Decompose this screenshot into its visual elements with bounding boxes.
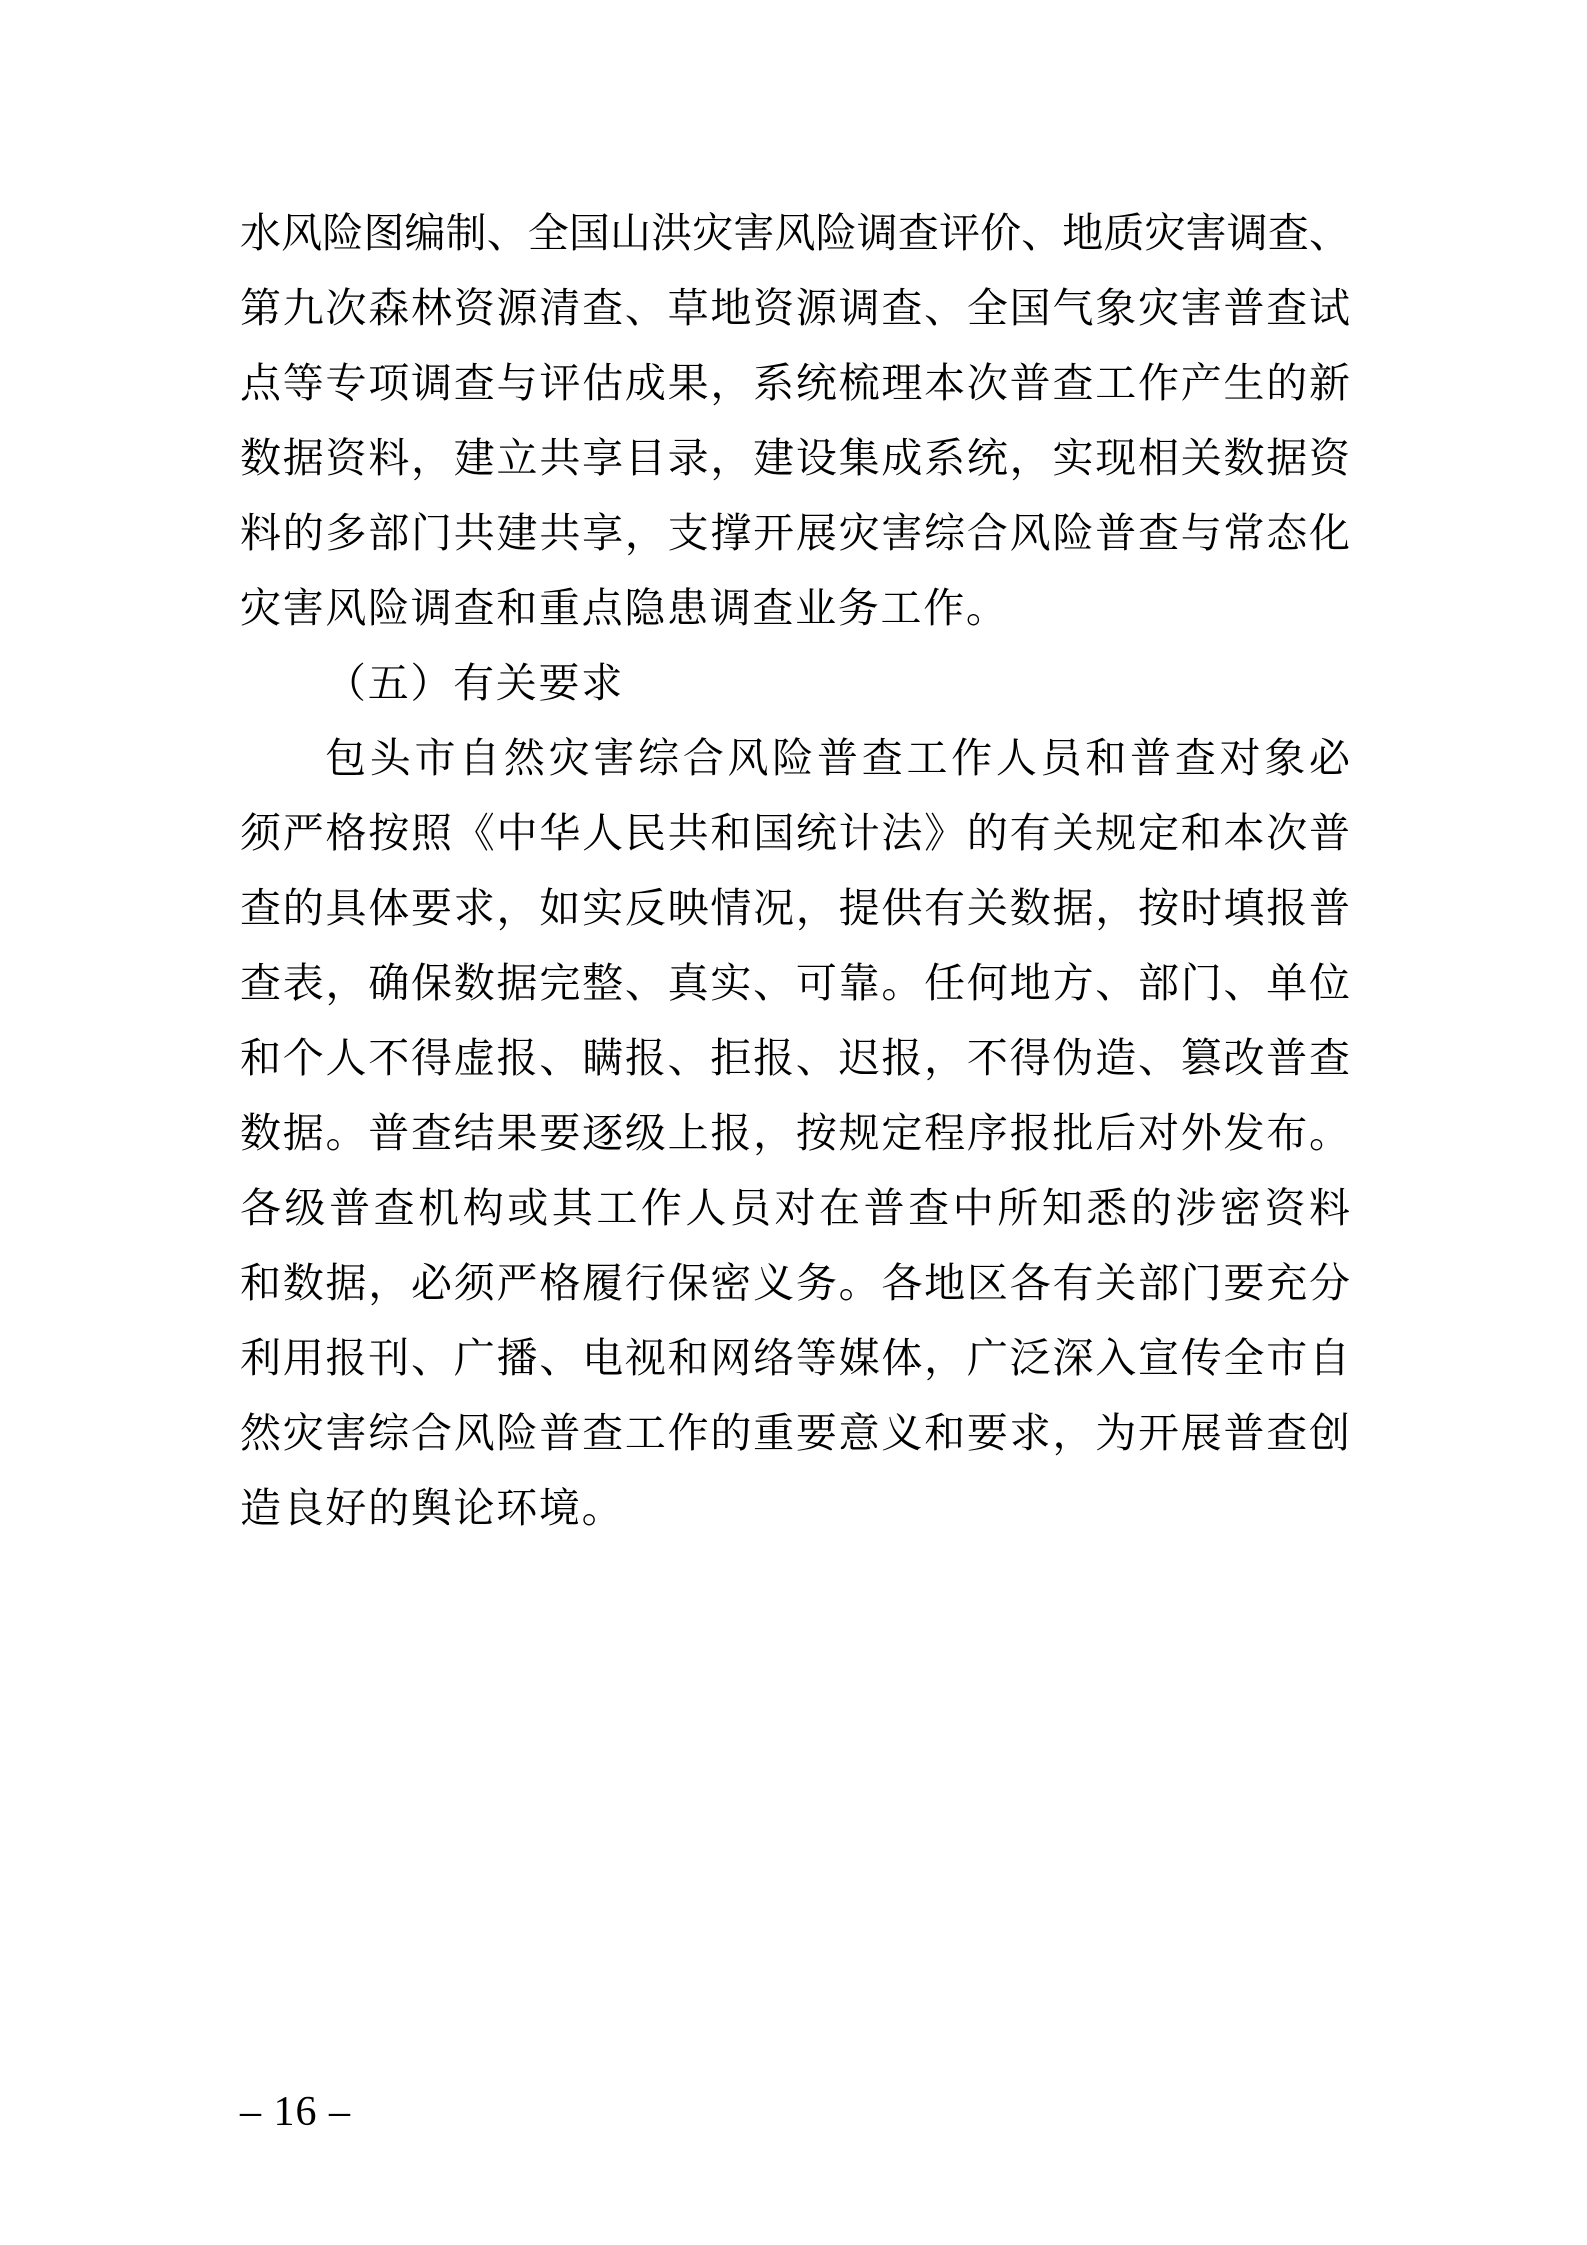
body-line: 包头市自然灾害综合风险普查工作人员和普查对象必: [240, 721, 1350, 796]
body-line: 料的多部门共建共享，支撑开展灾害综合风险普查与常态化: [240, 496, 1350, 571]
body-line: 造良好的舆论环境。: [240, 1471, 1350, 1546]
body-line: 和数据，必须严格履行保密义务。各地区各有关部门要充分: [240, 1246, 1350, 1321]
body-line: 然灾害综合风险普查工作的重要意义和要求，为开展普查创: [240, 1396, 1350, 1471]
body-line: 和个人不得虚报、瞒报、拒报、迟报，不得伪造、篡改普查: [240, 1021, 1350, 1096]
body-line: 查的具体要求，如实反映情况，提供有关数据，按时填报普: [240, 871, 1350, 946]
body-line: 数据。普查结果要逐级上报，按规定程序报批后对外发布。: [240, 1096, 1350, 1171]
body-line: 数据资料，建立共享目录，建设集成系统，实现相关数据资: [240, 421, 1350, 496]
body-line: 各级普查机构或其工作人员对在普查中所知悉的涉密资料: [240, 1171, 1350, 1246]
body-line: 灾害风险调查和重点隐患调查业务工作。: [240, 571, 1350, 646]
body-line: 水风险图编制、全国山洪灾害风险调查评价、地质灾害调查、: [240, 196, 1350, 271]
body-line: 须严格按照《中华人民共和国统计法》的有关规定和本次普: [240, 796, 1350, 871]
section-heading: （五）有关要求: [240, 646, 1350, 721]
document-body: 水风险图编制、全国山洪灾害风险调查评价、地质灾害调查、 第九次森林资源清查、草地…: [240, 196, 1350, 1546]
body-line: 点等专项调查与评估成果，系统梳理本次普查工作产生的新: [240, 346, 1350, 421]
body-line: 利用报刊、广播、电视和网络等媒体，广泛深入宣传全市自: [240, 1321, 1350, 1396]
body-line: 第九次森林资源清查、草地资源调查、全国气象灾害普查试: [240, 271, 1350, 346]
document-page: 水风险图编制、全国山洪灾害风险调查评价、地质灾害调查、 第九次森林资源清查、草地…: [0, 0, 1587, 2245]
body-line: 查表，确保数据完整、真实、可靠。任何地方、部门、单位: [240, 946, 1350, 1021]
page-number: – 16 –: [240, 2090, 351, 2134]
